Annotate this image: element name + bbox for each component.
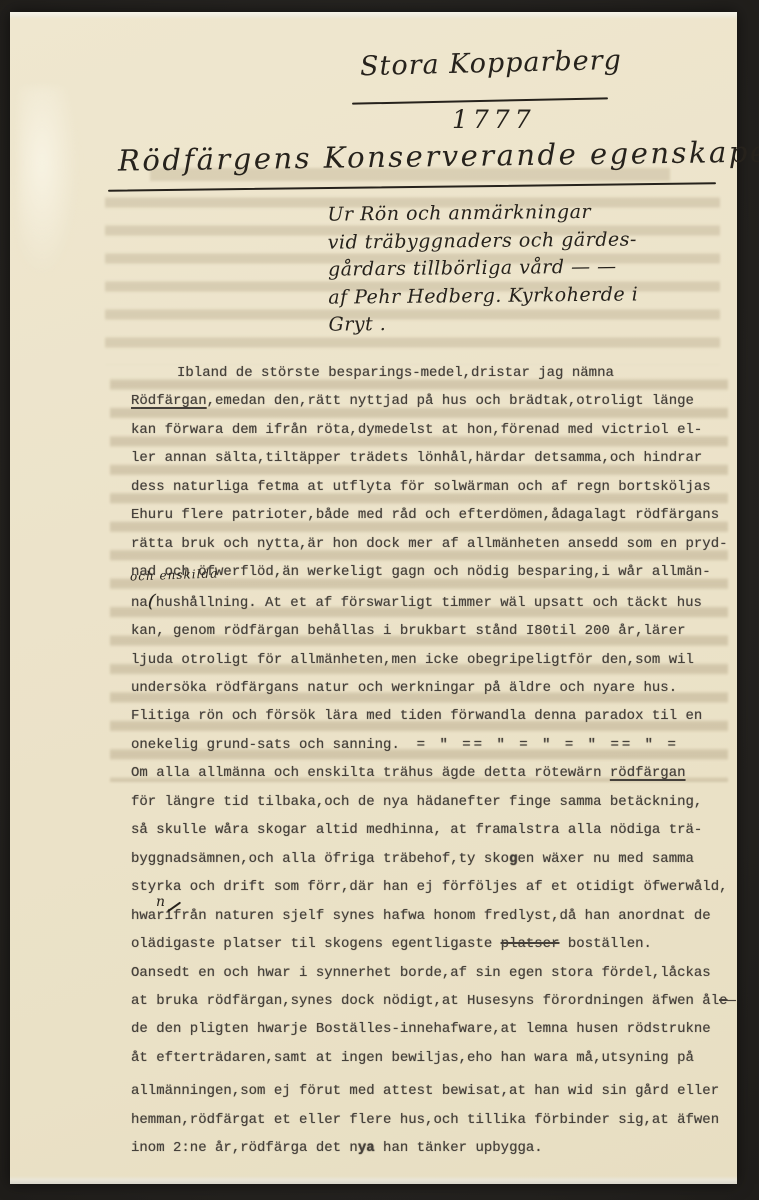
- typed-line: Om alla allmänna och enskilta trähus ägd…: [131, 759, 736, 787]
- paper-smudge: [18, 87, 78, 277]
- typed-line: allmänningen,som ej förut med attest bew…: [131, 1077, 736, 1105]
- document-title: Rödfärgens Konserverande egenskaper: [118, 134, 759, 177]
- document-year: 1777: [452, 105, 536, 134]
- typed-line: styrka och drift som förr,där han ej för…: [131, 873, 736, 901]
- typed-line: at bruka rödfärgan,synes dock nödigt,at …: [131, 987, 736, 1015]
- typed-text: inom 2:ne år,rödfärga det n: [131, 1140, 358, 1156]
- typed-line: kan förwara dem ifrån röta,dymedelst at …: [131, 416, 736, 444]
- typed-line: rätta bruk och nytta,är hon dock mer af …: [131, 530, 736, 558]
- typed-line: åt efterträdaren,samt at ingen bewiljas,…: [131, 1044, 736, 1072]
- typed-line: Ehuru flere patrioter,både med råd och e…: [131, 501, 736, 529]
- typed-line: na(hushållning. At et af förswarligt tim…: [131, 587, 736, 617]
- typed-text: olädigaste platser til skogens egentliga…: [131, 936, 501, 952]
- typed-text: hushållning. At et af förswarligt timmer…: [156, 595, 702, 611]
- source-note-line: vid träbyggnaders och gärdes-: [328, 226, 638, 257]
- typed-text: de den pligten hwarje Boställes-innehafw…: [131, 1021, 711, 1037]
- typed-text: ler annan sälta,tiltäpper trädets lönhål…: [131, 450, 702, 466]
- paper-top-edge: [10, 12, 737, 19]
- typed-line: dess naturliga fetma at utflyta för solw…: [131, 473, 736, 501]
- typed-line: nad och öfwerflöd,än werkeligt gagn och …: [131, 558, 736, 586]
- typed-line: undersöka rödfärgans natur och werkninga…: [131, 674, 736, 702]
- struck-word: e: [719, 993, 727, 1009]
- title-underline: [108, 182, 716, 191]
- typed-text: onekelig grund-sats och sanning.: [131, 737, 417, 753]
- typed-text: —: [728, 993, 736, 1009]
- repeat-marks: = " == " = " = " == " =: [417, 737, 679, 753]
- typed-text: hwarifrån naturen sjelf synes hafwa hono…: [131, 908, 711, 924]
- typed-line: de den pligten hwarje Boställes-innehafw…: [131, 1015, 736, 1043]
- typed-text: rätta bruk och nytta,är hon dock mer af …: [131, 536, 728, 552]
- typed-text: kan, genom rödfärgan behållas i brukbart…: [131, 623, 686, 639]
- typed-text: ya: [358, 1140, 375, 1156]
- typed-line: för längre tid tilbaka,och de nya hädane…: [131, 788, 736, 816]
- typed-text: Ehuru flere patrioter,både med råd och e…: [131, 507, 719, 523]
- handwritten-insertion-n: n: [156, 894, 165, 910]
- typed-text: allmänningen,som ej förut med attest bew…: [131, 1083, 719, 1099]
- typed-text: byggnadsämnen,och alla öfriga träbehof,t…: [131, 851, 509, 867]
- typed-line: olädigaste platser til skogens egentliga…: [131, 930, 736, 958]
- source-note-line: gårdars tillbörliga vård — —: [328, 253, 638, 284]
- typed-line: så skulle wåra skogar altid medhinna, at…: [131, 816, 736, 844]
- typed-line: ljuda otroligt för allmänheten,men icke …: [131, 646, 736, 674]
- underlined-word: Rödfärgan: [131, 393, 207, 409]
- typed-text: han tänker upbygga.: [375, 1140, 543, 1156]
- typed-text: undersöka rödfärgans natur och werkninga…: [131, 680, 677, 696]
- typed-line: onekelig grund-sats och sanning. = " == …: [131, 731, 736, 759]
- typed-text: na: [131, 595, 148, 611]
- typed-text: boställen.: [559, 936, 651, 952]
- typed-text: Flitiga rön och försök lära med tiden fö…: [131, 708, 702, 724]
- typewritten-body: Ibland de störste besparings-medel,drist…: [131, 359, 736, 1163]
- typed-line: hemman,rödfärgat et eller flere hus,och …: [131, 1106, 736, 1134]
- typed-line: ler annan sälta,tiltäpper trädets lönhål…: [131, 444, 736, 472]
- photographed-document: { "page": { "archive_label": "Stora Kopp…: [0, 0, 759, 1200]
- typed-text: Ibland de störste besparings-medel,drist…: [177, 365, 614, 381]
- typed-text: kan förwara dem ifrån röta,dymedelst at …: [131, 422, 702, 438]
- handwritten-caret: (: [146, 587, 157, 616]
- typed-line: kan, genom rödfärgan behållas i brukbart…: [131, 617, 736, 645]
- typed-text: dess naturliga fetma at utflyta för solw…: [131, 479, 711, 495]
- typed-text: för längre tid tilbaka,och de nya hädane…: [131, 794, 702, 810]
- archive-label: Stora Kopparberg: [360, 45, 623, 82]
- typed-line: inom 2:ne år,rödfärga det nya han tänker…: [131, 1134, 736, 1162]
- typed-text: åt efterträdaren,samt at ingen bewiljas,…: [131, 1050, 694, 1066]
- source-note-line: af Pehr Hedberg. Kyrkoherde i: [328, 281, 638, 312]
- typed-line: Ibland de störste besparings-medel,drist…: [131, 359, 736, 387]
- typed-text: en wäxer nu med samma: [517, 851, 693, 867]
- typed-text: hemman,rödfärgat et eller flere hus,och …: [131, 1112, 719, 1128]
- source-note-line: Gryt .: [328, 308, 638, 339]
- typed-text: så skulle wåra skogar altid medhinna, at…: [131, 822, 702, 838]
- struck-word: platser: [501, 936, 560, 952]
- typed-line: Oansedt en och hwar i synnerhet borde,af…: [131, 959, 736, 987]
- source-note-line: Ur Rön och anmärkningar: [327, 198, 637, 229]
- typed-line: hwarifrån naturen sjelf synes hafwa hono…: [131, 902, 736, 930]
- typed-text: ljuda otroligt för allmänheten,men icke …: [131, 652, 694, 668]
- typed-text: Oansedt en och hwar i synnerhet borde,af…: [131, 965, 711, 981]
- document-page: Stora Kopparberg 1777 Rödfärgens Konserv…: [10, 12, 737, 1184]
- source-note: Ur Rön och anmärkningar vid träbyggnader…: [327, 198, 638, 339]
- typed-text: styrka och drift som förr,där han ej för…: [131, 879, 728, 895]
- typed-line: Flitiga rön och försök lära med tiden fö…: [131, 702, 736, 730]
- typed-text: at bruka rödfärgan,synes dock nödigt,at …: [131, 993, 719, 1009]
- typed-line: byggnadsämnen,och alla öfriga träbehof,t…: [131, 845, 736, 873]
- underlined-word: rödfärgan: [610, 765, 686, 781]
- typed-text: Om alla allmänna och enskilta trähus ägd…: [131, 765, 610, 781]
- paper-bottom-edge: [10, 1176, 737, 1184]
- archive-underline: [352, 97, 608, 104]
- typed-line: Rödfärgan,emedan den,rätt nyttjad på hus…: [131, 387, 736, 415]
- typed-text: ,emedan den,rätt nyttjad på hus och bräd…: [207, 393, 694, 409]
